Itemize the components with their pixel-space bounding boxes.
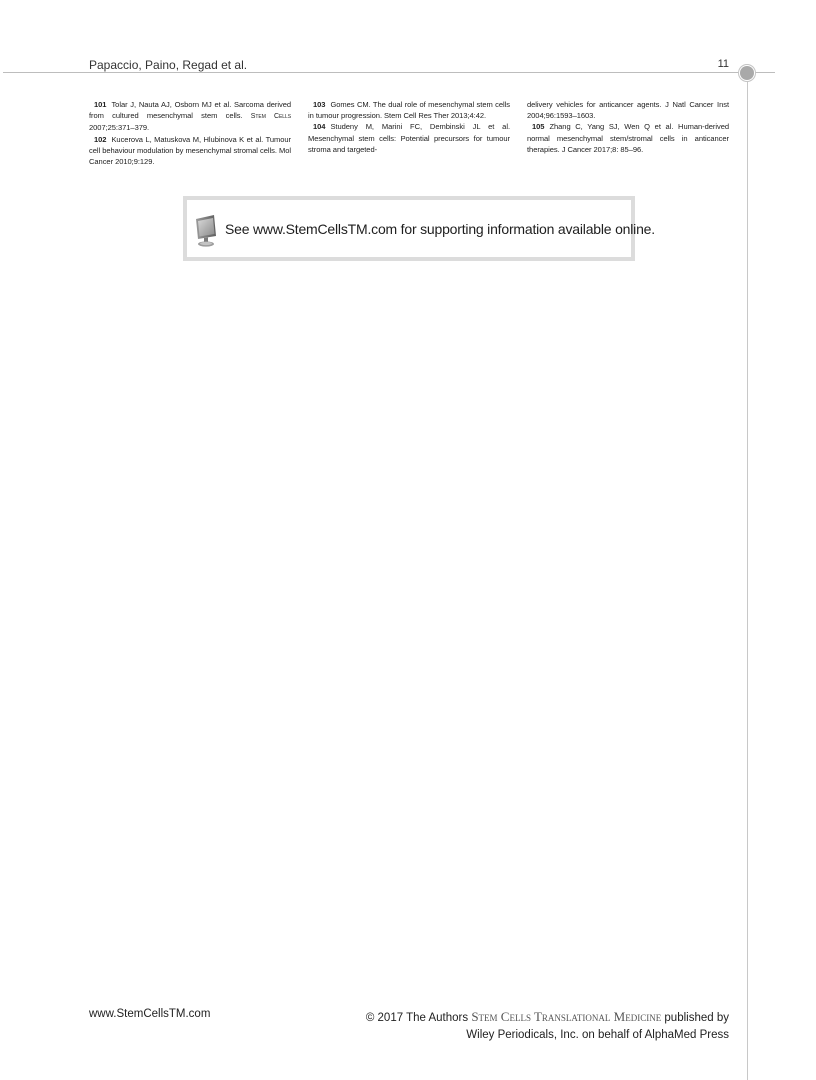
supporting-info-text: See www.StemCellsTM.com for supporting i… [225,221,655,237]
running-head: Papaccio, Paino, Regad et al. [89,58,247,72]
publisher-line: Wiley Periodicals, Inc. on behalf of Alp… [366,1027,729,1044]
journal-name: Stem Cells Translational Medicine [471,1009,661,1024]
reference-number: 102 [94,135,106,144]
page-number: 11 [704,58,729,70]
reference-105: 105Zhang C, Yang SJ, Wen Q et al. Human-… [527,121,729,155]
reference-text: Kucerova L, Matuskova M, Hlubinova K et … [89,135,291,166]
footer-copyright: © 2017 The Authors Stem Cells Translatio… [366,1008,729,1044]
reference-102: 102Kucerova L, Matuskova M, Hlubinova K … [89,134,291,168]
reference-104-continuation: delivery vehicles for anticancer agents.… [527,99,729,121]
copyright-suffix: published by [661,1012,729,1024]
computer-monitor-icon [194,214,220,248]
copyright-line: © 2017 The Authors Stem Cells Translatio… [366,1008,729,1027]
reference-104: 104Studeny M, Marini FC, Dembinski JL et… [308,121,510,155]
side-rule [747,73,748,1080]
copyright-prefix: © 2017 The Authors [366,1012,471,1024]
reference-103: 103Gomes CM. The dual role of mesenchyma… [308,99,510,121]
footer-website: www.StemCellsTM.com [89,1008,210,1020]
references-section: 101Tolar J, Nauta AJ, Osborn MJ et al. S… [89,99,730,167]
page-marker-dot-icon [740,66,754,80]
references-column-1: 101Tolar J, Nauta AJ, Osborn MJ et al. S… [89,99,291,167]
reference-text: Gomes CM. The dual role of mesenchymal s… [308,100,510,120]
reference-number: 105 [532,122,544,131]
reference-101: 101Tolar J, Nauta AJ, Osborn MJ et al. S… [89,99,291,134]
reference-text: Studeny M, Marini FC, Dembinski JL et al… [308,122,510,153]
journal-name: Stem Cells [251,113,291,120]
reference-text: 2007;25:371–379. [89,123,149,132]
supporting-info-box: See www.StemCellsTM.com for supporting i… [183,196,635,261]
header-rule [3,72,775,73]
reference-number: 103 [313,100,325,109]
reference-number: 101 [94,100,106,109]
references-column-2: 103Gomes CM. The dual role of mesenchyma… [308,99,510,167]
reference-text: Zhang C, Yang SJ, Wen Q et al. Human-der… [527,122,729,153]
reference-number: 104 [313,122,325,131]
references-column-3: delivery vehicles for anticancer agents.… [527,99,729,167]
